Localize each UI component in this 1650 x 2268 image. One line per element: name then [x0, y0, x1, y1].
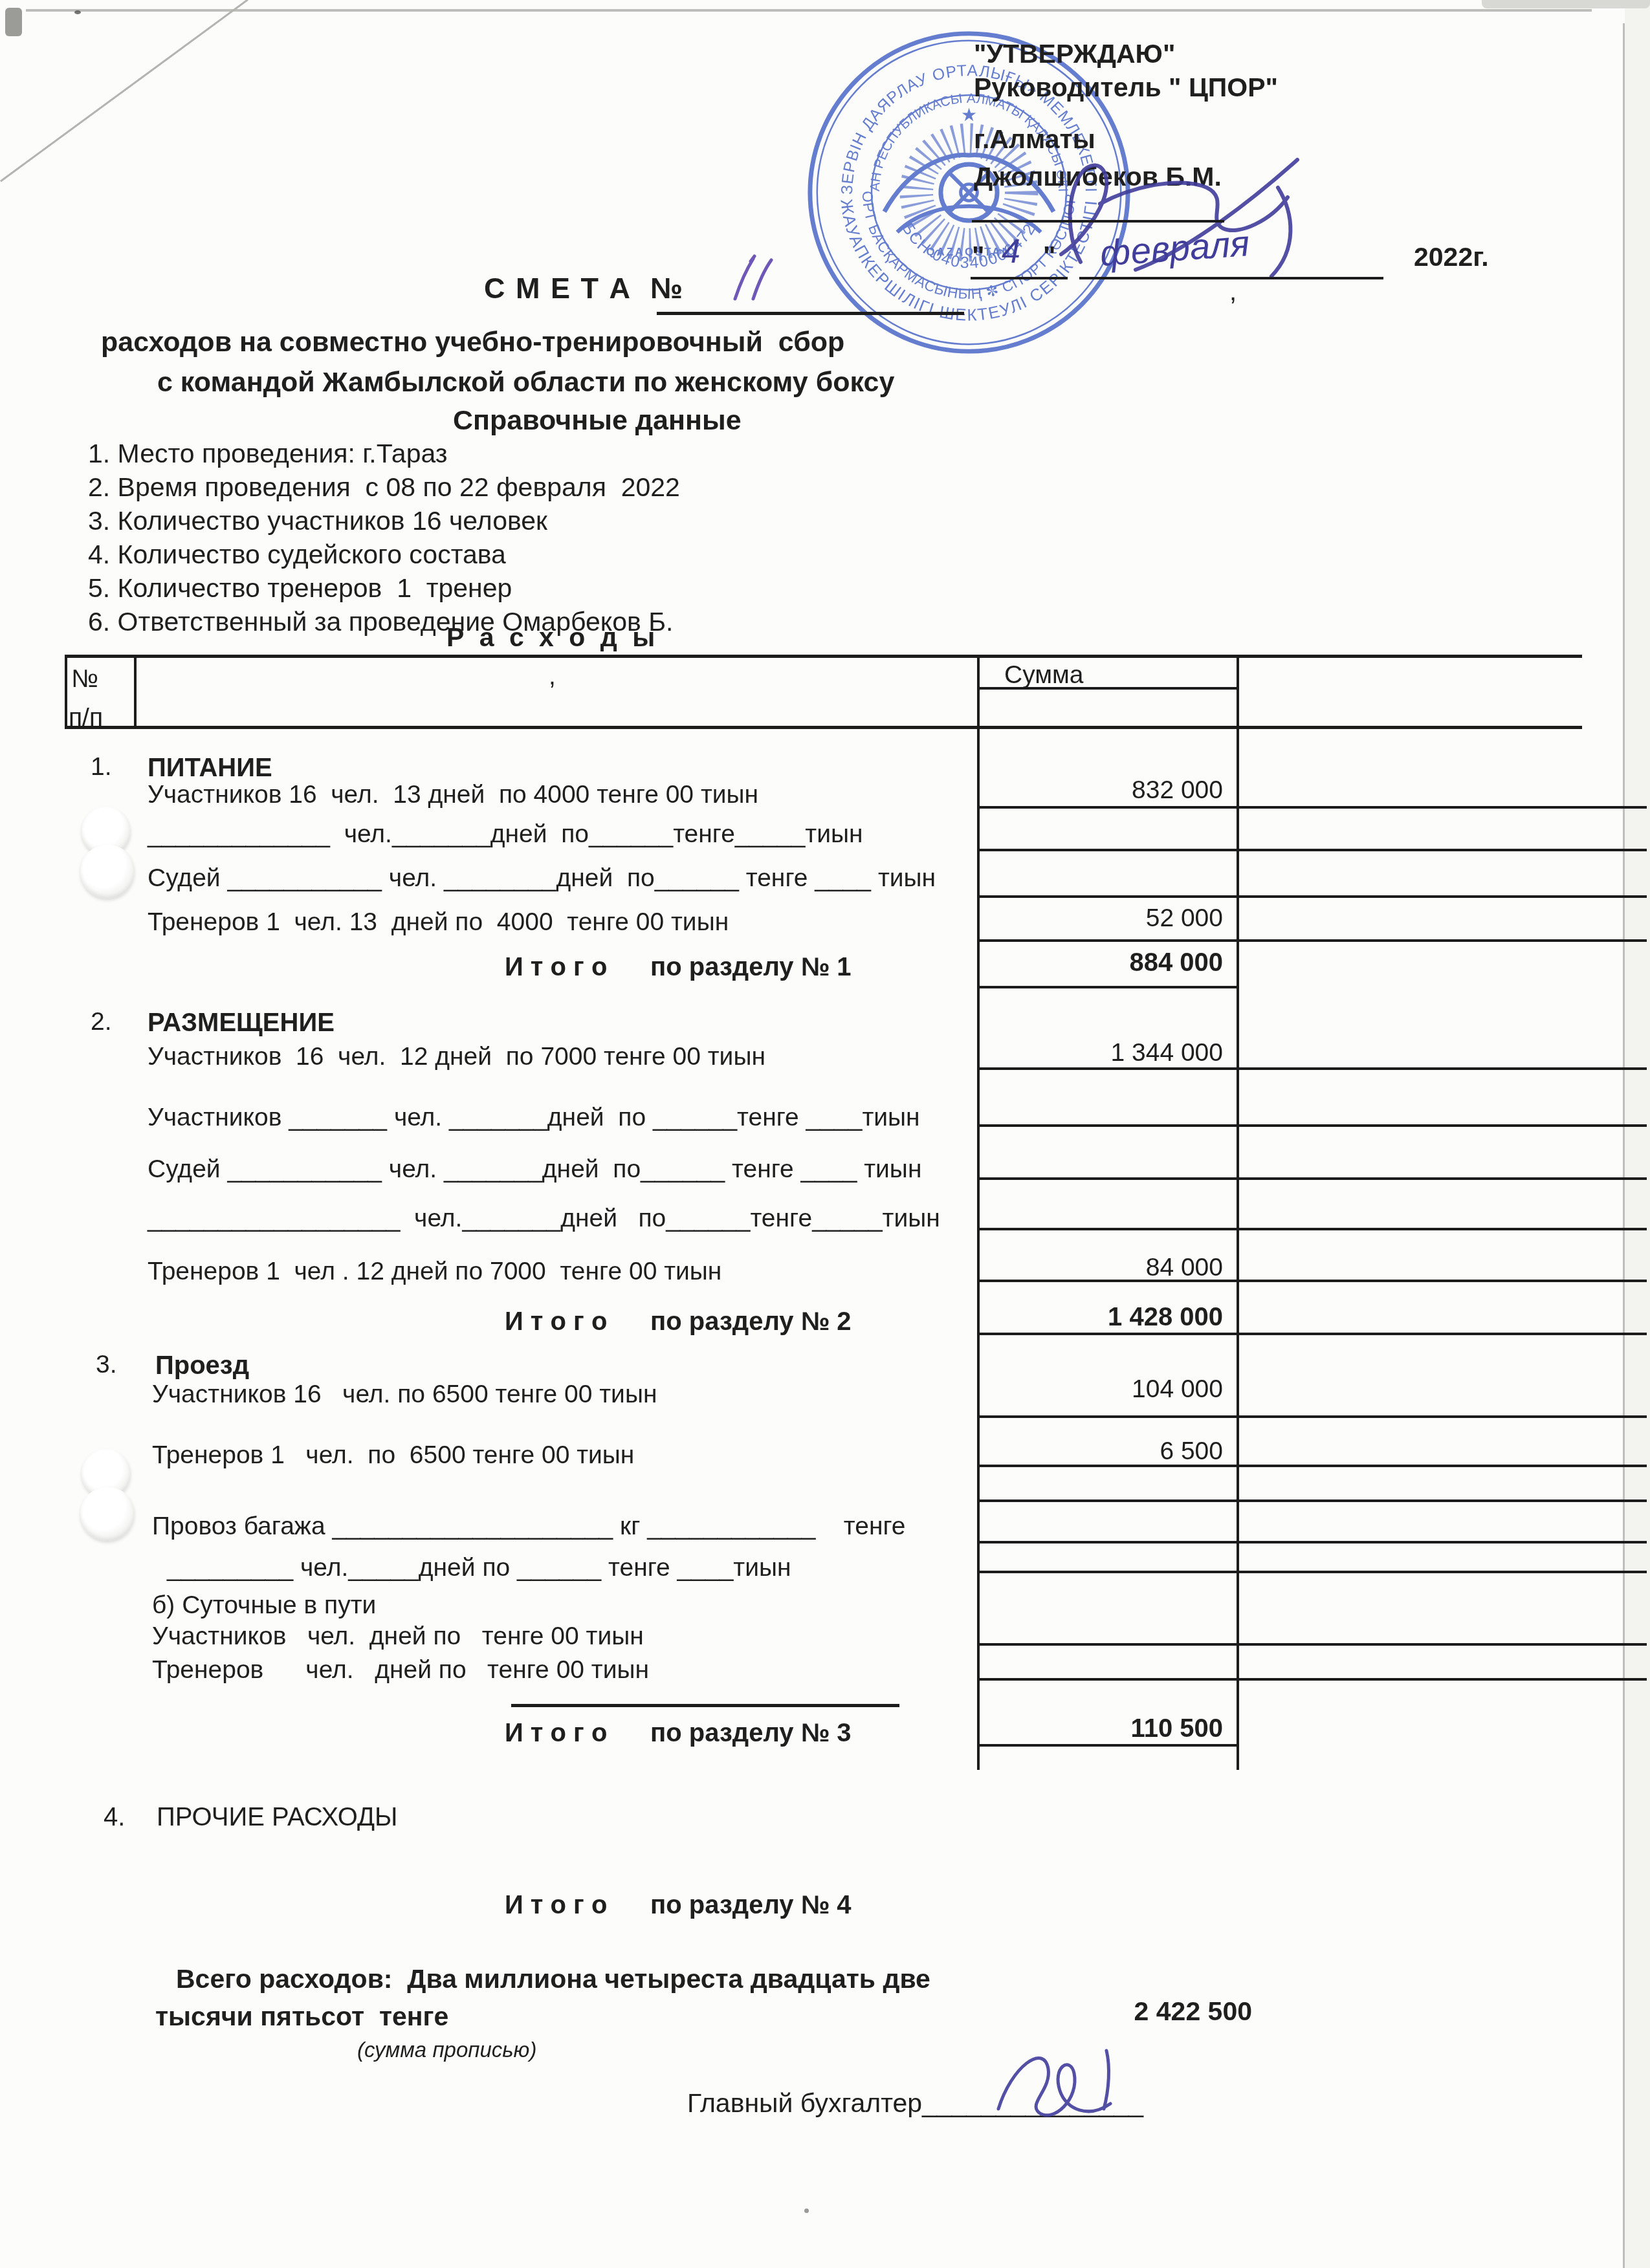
expense-row-text: Судей ___________ чел. _______дней по___… [148, 1155, 921, 1184]
scanned-smeta-document: «ОЛИМПИАДА РЕЗЕРВІН ДАЯРЛАУ ОРТАЛЫҒЫ» МЕ… [0, 0, 1650, 2268]
expense-row-text: Участников 16 чел. по 6500 тенге 00 тиын [152, 1380, 657, 1410]
scan-right-backdrop [1625, 0, 1650, 2268]
expense-row-text: _________ чел._____дней по ______ тенге … [167, 1554, 791, 1583]
signature-line [972, 220, 1224, 223]
row-border [977, 895, 1647, 898]
section-1-name: ПИТАНИЕ [148, 753, 272, 783]
col-header-no-sub: п/п [69, 704, 103, 733]
sum-col-right-border [1237, 655, 1239, 1770]
expense-row-amount: 104 000 [981, 1375, 1223, 1404]
scan-corner-fold-line [0, 0, 248, 182]
section-1-number: 1. [91, 753, 112, 782]
expense-row-text: Тренеров 1 чел. по 6500 тенге 00 тиын [152, 1441, 634, 1470]
scan-speck-bottom [804, 2208, 809, 2213]
section-3-name: Проезд [155, 1351, 249, 1380]
table-border-no-col [134, 655, 137, 728]
row-border [977, 1744, 1239, 1747]
table-border-left [65, 655, 67, 728]
info-item-5: 5. Количество тренеров 1 тренер [88, 573, 512, 604]
row-border [977, 1067, 1647, 1070]
row-border [977, 1499, 1647, 1502]
info-item-2: 2. Время проведения с 08 по 22 февраля 2… [88, 472, 680, 503]
expense-row-amount: 84 000 [981, 1254, 1223, 1282]
row-border [977, 986, 1239, 988]
row-border [977, 1415, 1647, 1418]
expense-row-amount: 832 000 [981, 776, 1223, 805]
expense-row-amount: 1 344 000 [981, 1039, 1223, 1067]
approve-label: "УТВЕРЖДАЮ" [974, 39, 1175, 69]
row-border [977, 1124, 1647, 1127]
header-stray-comma: , [549, 662, 556, 692]
section-3-total-label: И т о г о по разделу № 3 [505, 1718, 852, 1748]
scan-corner-smudge [5, 8, 22, 36]
scan-topright-band [1482, 0, 1650, 8]
section-1-total-amount: 884 000 [981, 948, 1223, 977]
expense-row-text: __________________ чел._______дней по___… [148, 1205, 940, 1234]
section-4-number: 4. [104, 1802, 125, 1832]
row-border [977, 1333, 1647, 1335]
section-2-number: 2. [91, 1008, 112, 1037]
expense-row-text: Участников 16 чел. 13 дней по 4000 тенге… [148, 781, 758, 810]
table-line-top [65, 655, 1582, 658]
info-item-4: 4. Количество судейского состава [88, 540, 506, 570]
date-line-day [971, 277, 1068, 279]
expense-row-text: Участников чел. дней по тенге 00 тиын [152, 1622, 644, 1652]
smeta-number-handwritten [717, 254, 782, 305]
info-item-3: 3. Количество участников 16 человек [88, 506, 547, 536]
section-4-name: ПРОЧИЕ РАСХОДЫ [157, 1802, 398, 1832]
title-line2: с командой Жамбылской области по женском… [157, 367, 894, 398]
row-border [977, 806, 1647, 809]
section-4-total-label: И т о г о по разделу № 4 [505, 1890, 852, 1920]
smeta-title: С М Е Т А № [484, 272, 684, 305]
info-item-1: 1. Место проведения: г.Тараз [88, 439, 448, 469]
row-border [977, 1541, 1647, 1543]
section-3-total-amount: 110 500 [981, 1714, 1223, 1743]
expense-row-text: Судей ___________ чел. ________дней по__… [148, 864, 936, 893]
expense-row-amount: 52 000 [981, 904, 1223, 933]
approver-city: г.Алматы [974, 124, 1095, 155]
table-line-header-bottom [65, 726, 1582, 729]
row-border [977, 1228, 1647, 1230]
row-border [977, 1678, 1647, 1681]
approver-role: Руководитель " ЦПОР" [974, 72, 1278, 103]
row-border [977, 1280, 1647, 1282]
punch-hole [80, 1487, 135, 1541]
section-2-total-amount: 1 428 000 [981, 1303, 1223, 1332]
row-border [977, 939, 1647, 942]
date-day-handwritten: 4 [1002, 233, 1020, 272]
emblem-banner-text: QAZAQSTAN [926, 246, 1011, 258]
section-3-number: 3. [96, 1351, 117, 1380]
row-border [977, 1643, 1647, 1646]
col-header-no: № [71, 665, 98, 694]
stray-comma: , [1229, 277, 1237, 307]
expense-row-text: б) Суточные в пути [152, 1591, 376, 1620]
sum-col-left-border [977, 655, 980, 1770]
row-border [977, 849, 1647, 851]
emblem-star-icon: ★ [961, 105, 977, 125]
grand-total-text-line1: Всего расходов: Два миллиона четыреста д… [176, 1964, 930, 1994]
expense-row-text: _____________ чел._______дней по______те… [148, 820, 863, 849]
section-1-total-label: И т о г о по разделу № 1 [505, 952, 852, 982]
expense-row-text: Тренеров 1 чел. 13 дней по 4000 тенге 00… [148, 908, 729, 937]
sum-header-underline [977, 687, 1239, 690]
scan-right-edge [1623, 23, 1625, 2268]
grand-total-amount: 2 422 500 [1009, 1996, 1252, 2027]
accountant-signature [982, 2031, 1138, 2135]
grand-total-text-line2: тысячи пятьсот тенге [155, 2001, 448, 2032]
row-border [977, 1571, 1647, 1573]
row-border [977, 1177, 1647, 1180]
expense-row-text: Участников _______ чел. _______дней по _… [148, 1104, 920, 1133]
col-header-sum: Сумма [1004, 661, 1084, 690]
amount-in-words-note: (сумма прописью) [357, 2038, 536, 2062]
expense-row-amount: 6 500 [981, 1437, 1223, 1466]
expense-row-text: Участников 16 чел. 12 дней по 7000 тенге… [148, 1043, 765, 1072]
date-quote-close: " [1043, 241, 1055, 271]
section-2-total-label: И т о г о по разделу № 2 [505, 1307, 852, 1336]
punch-hole [80, 844, 135, 899]
date-year: 2022г. [1414, 242, 1489, 272]
scan-speck-top [74, 10, 81, 14]
smeta-number-line [657, 312, 964, 315]
expense-row-text: Тренеров чел. дней по тенге 00 тиын [152, 1656, 649, 1685]
pre-total-line [511, 1704, 899, 1707]
row-border [977, 1465, 1647, 1467]
expense-row-text: Тренеров 1 чел . 12 дней по 7000 тенге 0… [148, 1258, 721, 1287]
scan-top-edge [26, 9, 1592, 12]
section-2-name: РАЗМЕЩЕНИЕ [148, 1008, 335, 1038]
title-line1: расходов на совместно учебно-тренировочн… [101, 327, 844, 358]
expense-row-text: Провоз багажа ____________________ кг __… [152, 1512, 906, 1542]
table-title: Р а с х о д ы [446, 622, 659, 653]
date-quote-open: " [972, 241, 984, 271]
reference-data-header: Справочные данные [453, 405, 742, 437]
